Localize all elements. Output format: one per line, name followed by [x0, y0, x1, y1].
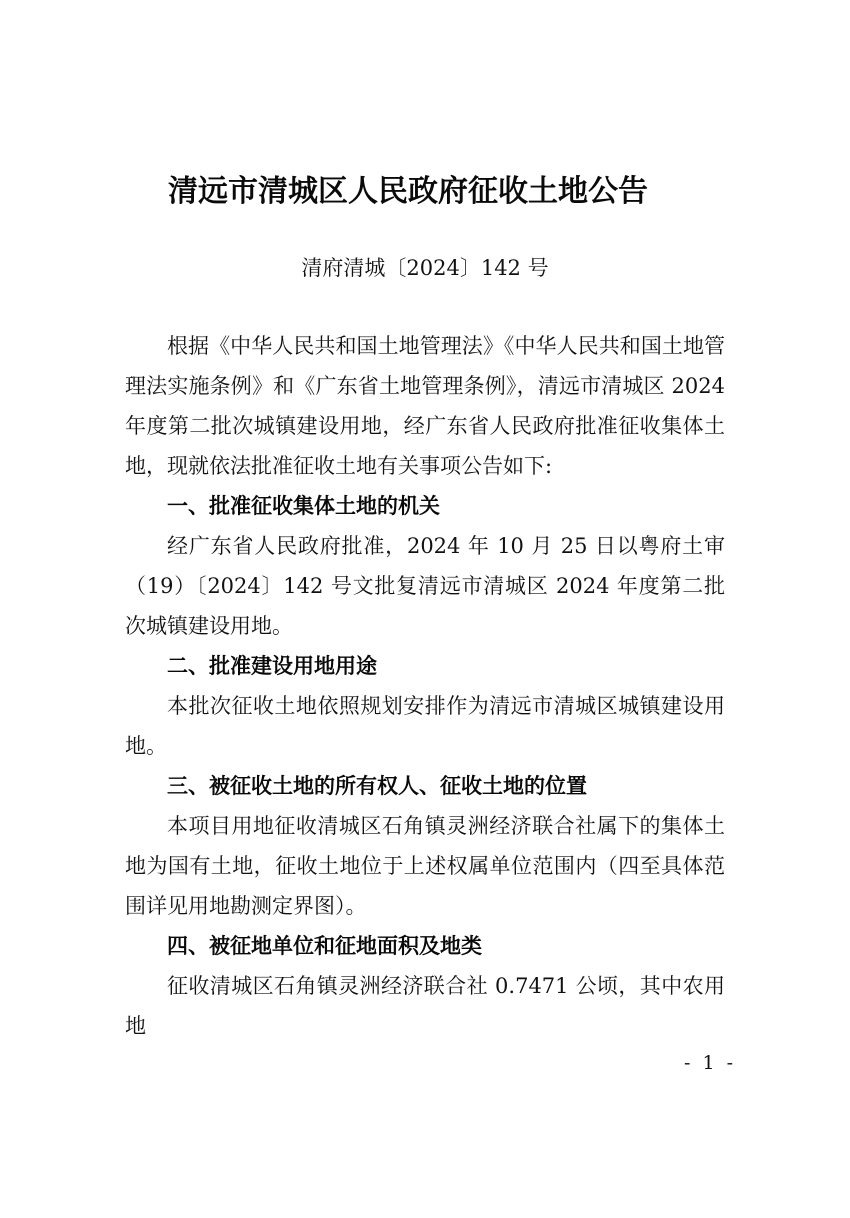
section-3-body: 本项目用地征收清城区石角镇灵洲经济联合社属下的集体土地为国有土地，征收土地位于上… [125, 806, 725, 926]
section-4-body: 征收清城区石角镇灵洲经济联合社 0.7471 公顷，其中农用地 [125, 966, 725, 1046]
intro-paragraph: 根据《中华人民共和国土地管理法》《中华人民共和国土地管理法实施条例》和《广东省土… [125, 326, 725, 486]
section-1-heading: 一、批准征收集体土地的机关 [125, 486, 725, 526]
section-3-heading: 三、被征收土地的所有权人、征收土地的位置 [125, 766, 725, 806]
document-body: 根据《中华人民共和国土地管理法》《中华人民共和国土地管理法实施条例》和《广东省土… [125, 326, 725, 1046]
section-1-body: 经广东省人民政府批准，2024 年 10 月 25 日以粤府土审（19）〔202… [125, 526, 725, 646]
page-number: - 1 - [660, 1052, 760, 1074]
document-title: 清远市清城区人民政府征收土地公告 [0, 166, 816, 210]
section-4-heading: 四、被征地单位和征地面积及地类 [125, 926, 725, 966]
document-number: 清府清城〔2024〕142 号 [0, 252, 850, 282]
section-2-body: 本批次征收土地依照规划安排作为清远市清城区城镇建设用地。 [125, 686, 725, 766]
section-2-heading: 二、批准建设用地用途 [125, 646, 725, 686]
document-page: 清远市清城区人民政府征收土地公告 清府清城〔2024〕142 号 根据《中华人民… [0, 0, 850, 1218]
